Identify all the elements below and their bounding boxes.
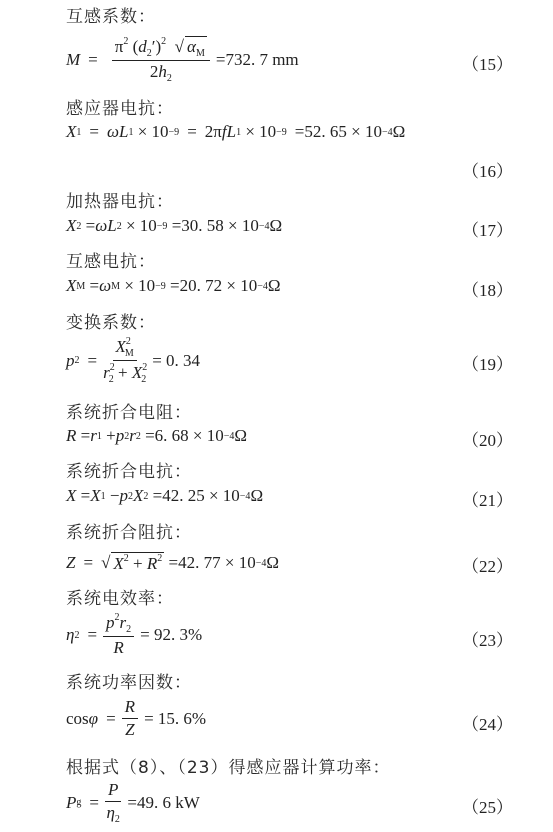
label-transformation-coefficient: 变换系数： [66,308,156,333]
label-inductor-reactance: 感应器电抗： [66,94,174,119]
equation-number-17: （17） [462,216,513,241]
fraction: P η2 [105,780,121,825]
equation-22: Z=√X2 + R2 =42. 77 × 10−4Ω [66,552,279,574]
result-17: =30. 58 × 10 [172,216,259,236]
result-21: =42. 25 × 10 [153,486,240,506]
equation-19: p2= X2M r22 + X22 = 0. 34 [66,336,200,385]
label-mutual-inductance-coefficient: 互感系数： [66,2,156,27]
result-15: =732. 7 mm [216,50,299,70]
equation-number-20: （20） [462,426,513,451]
equation-number-15: （15） [462,50,513,75]
equation-17: X2 =ωL2 × 10−9 =30. 58 × 10−4Ω [66,216,282,236]
fraction: R Z [122,697,138,740]
result-20: =6. 68 × 10 [145,426,224,446]
equation-25: Pg= P η2 =49. 6 kW [66,780,200,825]
label-mutual-reactance: 互感电抗： [66,247,156,272]
label-system-electrical-efficiency: 系统电效率： [66,584,174,609]
equation-number-16: （16） [462,157,513,182]
equation-number-23: （23） [462,626,513,651]
equation-18: XM =ωM × 10−9 =20. 72 × 10−4Ω [66,276,281,296]
result-24: = 15. 6% [144,709,206,729]
label-system-equivalent-impedance: 系统折合阻抗： [66,518,192,543]
equation-20: R =r1 +p2r2 =6. 68 × 10−4Ω [66,426,247,446]
equation-number-24: （24） [462,710,513,735]
equation-number-19: （19） [462,350,513,375]
result-18: =20. 72 × 10 [170,276,257,296]
equation-23: η2= p2r2 R = 92. 3% [66,612,202,658]
label-system-power-factor: 系统功率因数： [66,668,192,693]
equation-16: X1=ωL1 × 10−9=2πfL1 × 10−9 =52. 65 × 10−… [66,122,405,142]
equation-number-18: （18） [462,276,513,301]
equation-number-25: （25） [462,793,513,818]
result-16: =52. 65 × 10 [295,122,382,142]
equation-21: X =X1 −p2X2 =42. 25 × 10−4Ω [66,486,263,506]
label-system-equivalent-reactance: 系统折合电抗： [66,457,192,482]
result-23: = 92. 3% [140,625,202,645]
result-25: =49. 6 kW [127,793,199,813]
result-22: =42. 77 × 10 [169,553,256,573]
equation-24: cosφ= R Z = 15. 6% [66,697,206,740]
fraction: p2r2 R [103,612,134,658]
label-inductor-calculated-power: 根据式（8）、（23）得感应器计算功率： [66,753,390,778]
result-19: = 0. 34 [152,351,200,371]
label-heater-reactance: 加热器电抗： [66,187,174,212]
equation-number-21: （21） [462,486,513,511]
fraction: π2 (d2′)2 √αM 2h2 [112,36,210,84]
label-system-equivalent-resistance: 系统折合电阻： [66,398,192,423]
fraction: X2M r22 + X22 [103,336,146,385]
equation-15: M= π2 (d2′)2 √αM 2h2 =732. 7 mm [66,36,299,84]
equation-number-22: （22） [462,552,513,577]
